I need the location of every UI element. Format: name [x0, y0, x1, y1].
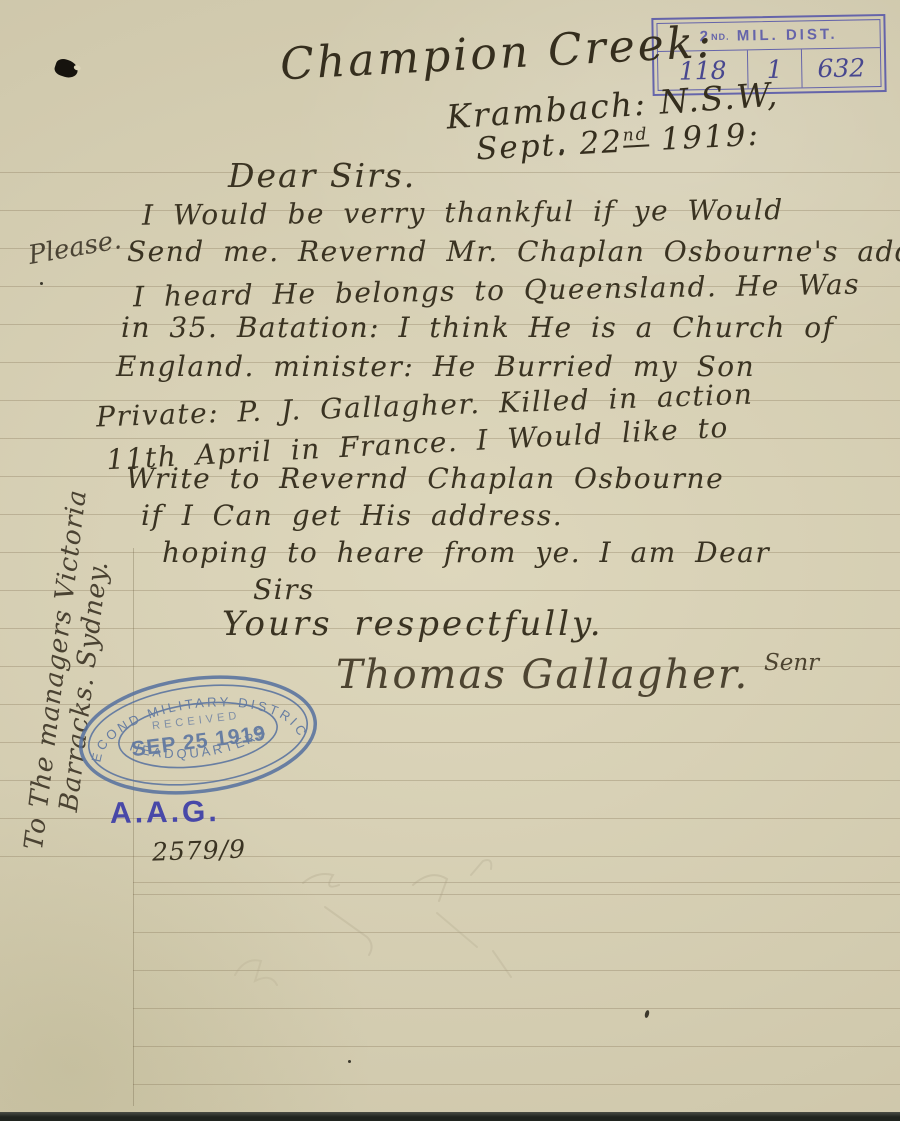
aag-stamp: A.A.G.: [110, 795, 220, 831]
body-line: I heard He belongs to Queensland. He Was: [133, 268, 861, 314]
salutation: Dear Sirs.: [228, 156, 416, 195]
body-line: in 35. Batation: I think He is a Church …: [121, 311, 834, 344]
letter-document-page: 2ND. MIL. DIST. 118 1 632 Champion Creek…: [0, 0, 900, 1121]
registry-cell-doc: 632: [802, 48, 881, 87]
closing-line: Yours respectfully.: [222, 604, 604, 644]
ink-blot: [53, 57, 80, 80]
body-line: Send me. Revernd Mr. Chaplan Osbourne's …: [127, 235, 900, 268]
body-line: if I Can get His address.: [141, 499, 563, 532]
ink-speck: [40, 282, 43, 285]
pencil-scrawl: [175, 855, 605, 1025]
date-year: 1919:: [660, 117, 761, 158]
signature-line: Thomas Gallagher. Senr: [336, 650, 819, 698]
body-line: Write to Revernd Chaplan Osbourne: [126, 462, 724, 495]
body-line: hoping to heare from ye. I am Dear: [162, 536, 770, 569]
date-ordinal: nd: [622, 124, 649, 147]
date-day: Sept. 22: [475, 124, 624, 168]
signature-suffix: Senr: [764, 650, 819, 676]
ink-speck: [348, 1060, 351, 1063]
margin-note-please: Please.: [26, 225, 123, 271]
scan-edge-band: [0, 1112, 900, 1121]
body-line: I Would be verry thankful if ye Would: [142, 193, 784, 232]
received-date-stamp: SECOND MILITARY DISTRICT RECEIVED SEP 25…: [65, 653, 331, 817]
body-line-sirs: Sirs: [253, 573, 315, 606]
body-line: England. minister: He Burried my Son: [116, 350, 755, 383]
signature-name: Thomas Gallagher.: [336, 652, 749, 698]
registry-title-text: MIL. DIST.: [737, 26, 838, 45]
ink-speck: [644, 1010, 650, 1019]
heading-place: Champion Creek:: [279, 17, 715, 91]
